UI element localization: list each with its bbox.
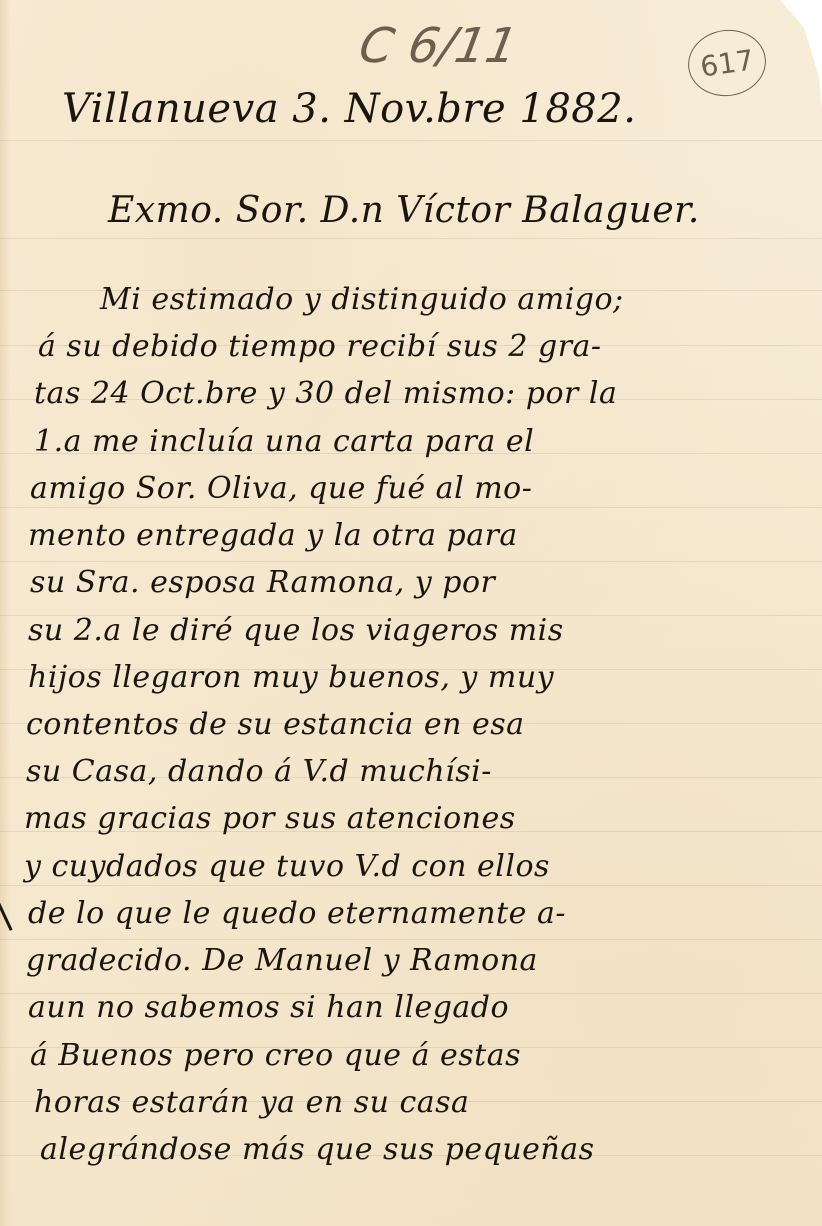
body-line: contentos de su estancia en esa <box>26 707 525 742</box>
ruled-line <box>0 561 822 562</box>
body-line: aun no sabemos si han llegado <box>28 990 509 1025</box>
ruled-line <box>0 238 822 239</box>
body-line: gradecido. De Manuel y Ramona <box>26 943 538 978</box>
paper-edge-shadow <box>0 0 10 1226</box>
body-line: hijos llegaron muy buenos, y muy <box>28 660 554 695</box>
salutation: Exmo. Sor. D.n Víctor Balaguer. <box>108 190 700 231</box>
body-line: horas estarán ya en su casa <box>34 1085 469 1120</box>
torn-corner <box>762 0 822 110</box>
body-line: 1.a me incluía una carta para el <box>34 424 534 459</box>
body-line: su 2.a le diré que los viageros mis <box>28 613 564 648</box>
letter-page: C 6/11 617 Villanueva 3. Nov.bre 1882. E… <box>0 0 822 1226</box>
body-line: de lo que le quedo eternamente a- <box>28 896 566 931</box>
ruled-line <box>0 885 822 886</box>
place-date-line: Villanueva 3. Nov.bre 1882. <box>62 86 636 132</box>
ruled-line <box>0 939 822 940</box>
body-line: á Buenos pero creo que á estas <box>30 1038 521 1073</box>
body-line: amigo Sor. Oliva, que fué al mo- <box>30 471 532 506</box>
body-line: mas gracias por sus atenciones <box>24 801 516 836</box>
body-line: Mi estimado y distinguido amigo; <box>100 282 624 317</box>
body-line: á su debido tiempo recibí sus 2 gra- <box>38 329 602 364</box>
body-line: alegrándose más que sus pequeñas <box>40 1132 595 1167</box>
folio-number-circled: 617 <box>684 25 770 101</box>
body-line: mento entregada y la otra para <box>28 518 518 553</box>
body-line: y cuydados que tuvo V.d con ellos <box>24 849 550 884</box>
ruled-line <box>0 140 822 141</box>
body-line: tas 24 Oct.bre y 30 del mismo: por la <box>34 376 617 411</box>
ruled-line <box>0 507 822 508</box>
body-line: su Sra. esposa Ramona, y por <box>30 565 495 600</box>
body-line: su Casa, dando á V.d muchísi- <box>26 754 492 789</box>
catalog-mark: C 6/11 <box>355 18 521 74</box>
